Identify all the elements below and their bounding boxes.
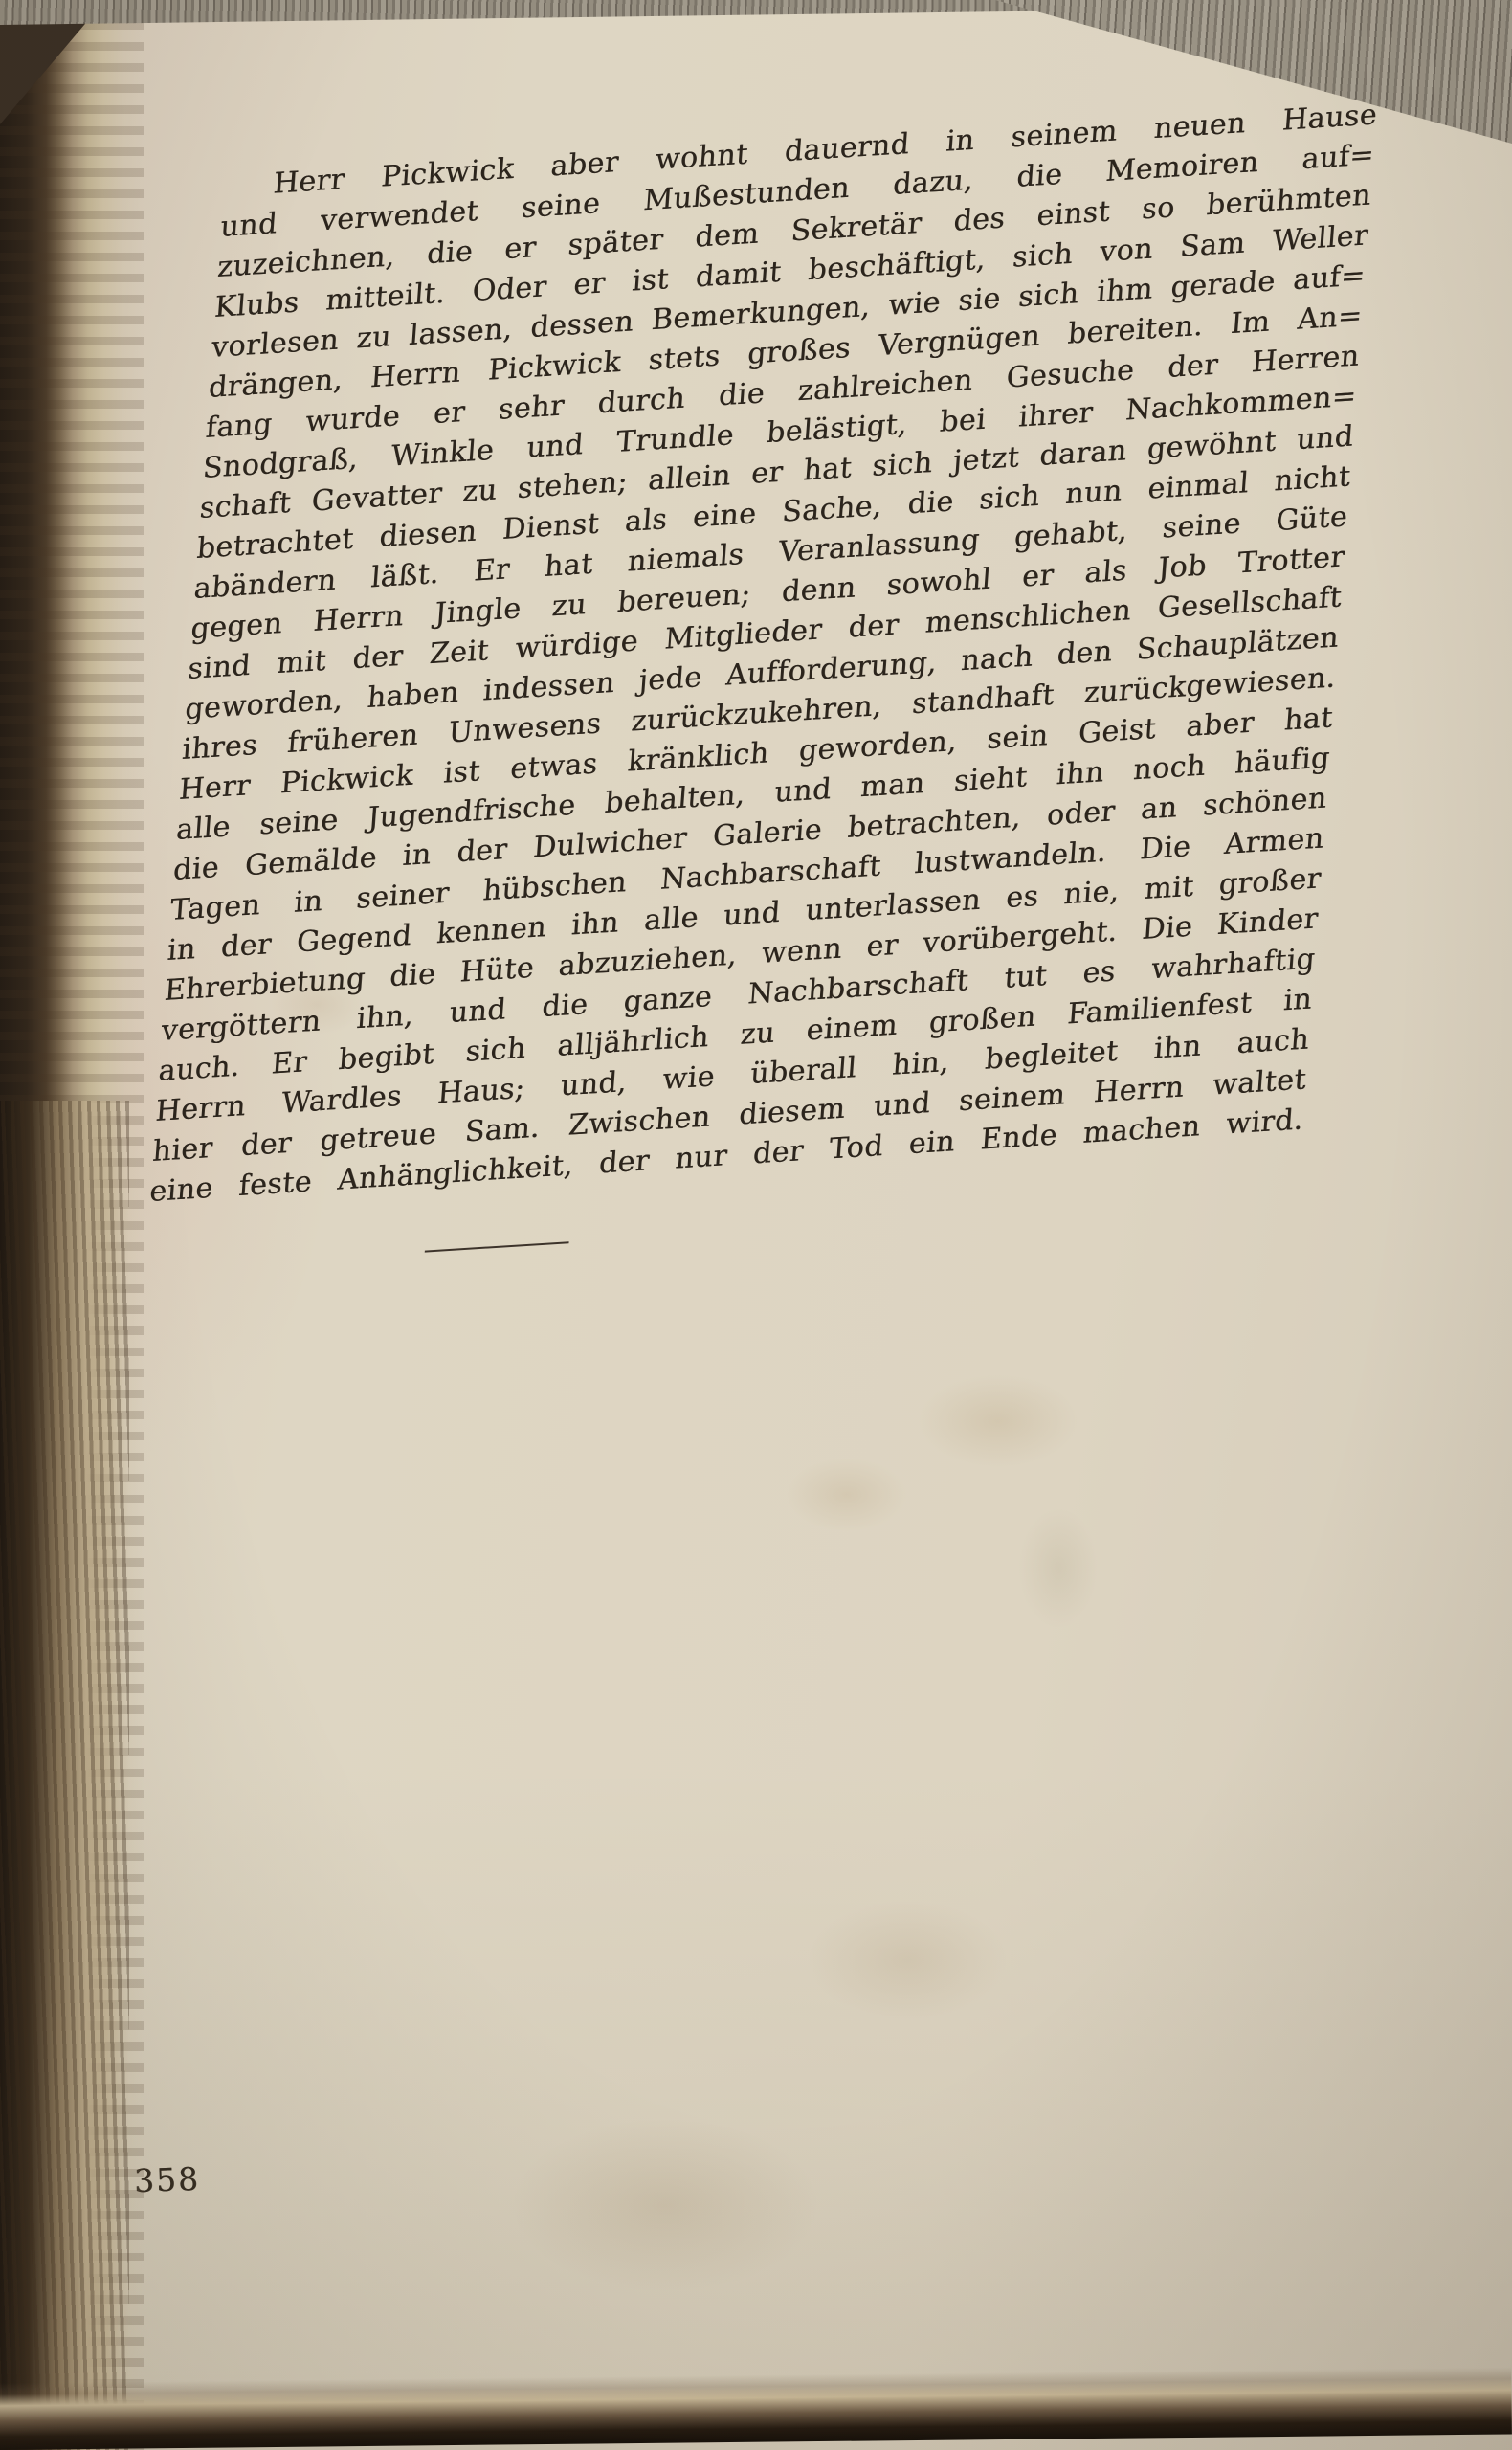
page-stack-edges-left [0,1101,129,2450]
book-photo: Herr Pickwick aber wohnt dauernd in sein… [0,0,1512,2450]
paragraph: Herr Pickwick aber wohnt dauernd in sein… [148,96,1379,1213]
page-text-block: Herr Pickwick aber wohnt dauernd in sein… [144,96,1378,1270]
